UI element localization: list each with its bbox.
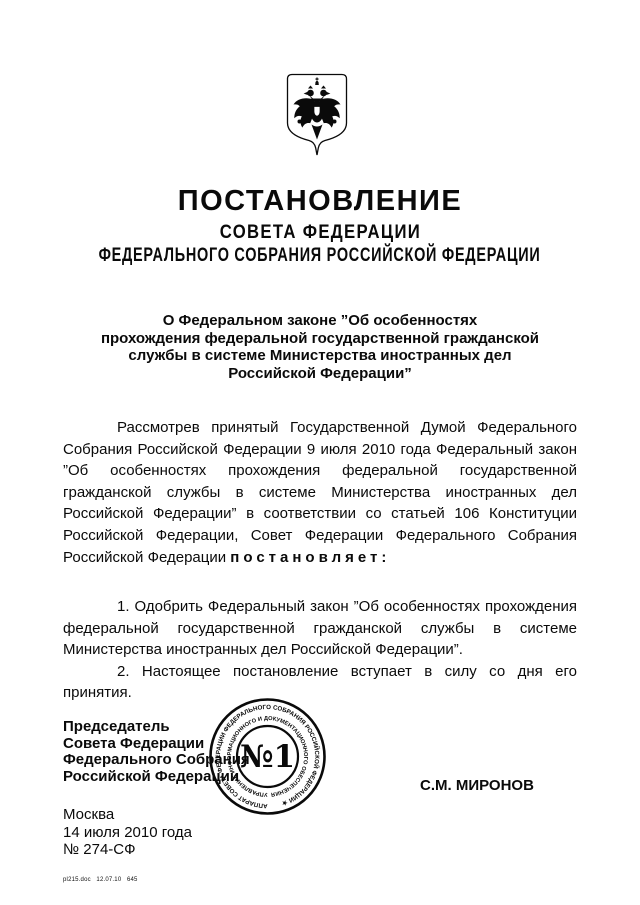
stamp-number: №1 xyxy=(240,739,295,775)
resolution-items: 1. Одобрить Федеральный закон ”Об особен… xyxy=(63,596,577,704)
place-line: Москва xyxy=(63,806,192,824)
subject-line: Российской Федерации” xyxy=(0,365,640,383)
signer-name: С.М. МИРОНОВ xyxy=(420,777,534,794)
date-line: 14 июля 2010 года xyxy=(63,824,192,842)
document-title: ПОСТАНОВЛЕНИЕ xyxy=(0,185,640,218)
preamble-section: Рассмотрев принятый Государственной Думо… xyxy=(63,417,577,568)
org-name-line-1: СОВЕТА ФЕДЕРАЦИИ xyxy=(0,222,640,244)
preamble-text: Рассмотрев принятый Государственной Думо… xyxy=(63,419,577,566)
document-subject: О Федеральном законе ”Об особенностях пр… xyxy=(0,312,640,382)
subject-line: прохождения федеральной государственной … xyxy=(0,330,640,348)
org-name-line-2: ФЕДЕРАЛЬНОГО СОБРАНИЯ РОССИЙСКОЙ ФЕДЕРАЦ… xyxy=(0,244,640,267)
official-round-stamp: АППАРАТ СОВЕТА ФЕДЕРАЦИИ ФЕДЕРАЛЬНОГО СО… xyxy=(208,697,327,816)
doc-number-line: № 274-СФ xyxy=(63,841,192,859)
preamble-paragraph: Рассмотрев принятый Государственной Думо… xyxy=(63,417,577,568)
footer-file-note: pl215.doc 12.07.10 645 xyxy=(63,877,138,883)
decree-word: постановляет: xyxy=(230,549,390,566)
resolution-item-1: 1. Одобрить Федеральный закон ”Об особен… xyxy=(63,596,577,661)
subject-line: О Федеральном законе ”Об особенностях xyxy=(0,312,640,330)
place-date-block: Москва 14 июля 2010 года № 274-СФ xyxy=(63,806,192,859)
coat-of-arms-icon xyxy=(284,73,350,161)
document-page: ПОСТАНОВЛЕНИЕ СОВЕТА ФЕДЕРАЦИИ ФЕДЕРАЛЬН… xyxy=(0,0,640,905)
subject-line: службы в системе Министерства иностранны… xyxy=(0,347,640,365)
